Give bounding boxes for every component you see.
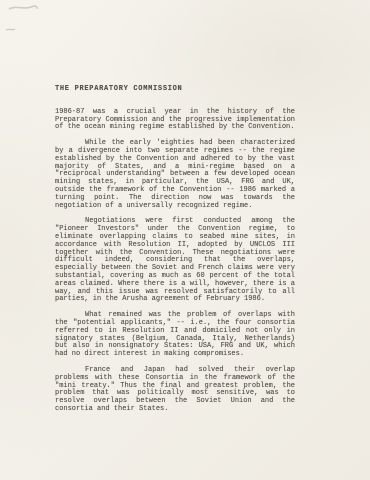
paragraph-negotiations: Negotiations were first conducted among … — [55, 218, 295, 304]
pencil-smudge-marks — [0, 0, 60, 40]
page-title: THE PREPARATORY COMMISSION — [55, 86, 295, 94]
typed-text-block: THE PREPARATORY COMMISSION 1986-87 was a… — [55, 86, 295, 422]
pencil-mark-left — [6, 29, 15, 30]
scanned-document-page: THE PREPARATORY COMMISSION 1986-87 was a… — [0, 0, 370, 480]
paragraph-intro: 1986-87 was a crucial year in the histor… — [55, 109, 295, 132]
paragraph-overlaps: What remained was the problem of overlap… — [55, 312, 295, 359]
pencil-mark-top — [9, 6, 38, 9]
paragraph-divergence: While the early 'eighties had been chara… — [55, 140, 295, 210]
paragraph-france-japan: France and Japan had solved their overla… — [55, 367, 295, 414]
